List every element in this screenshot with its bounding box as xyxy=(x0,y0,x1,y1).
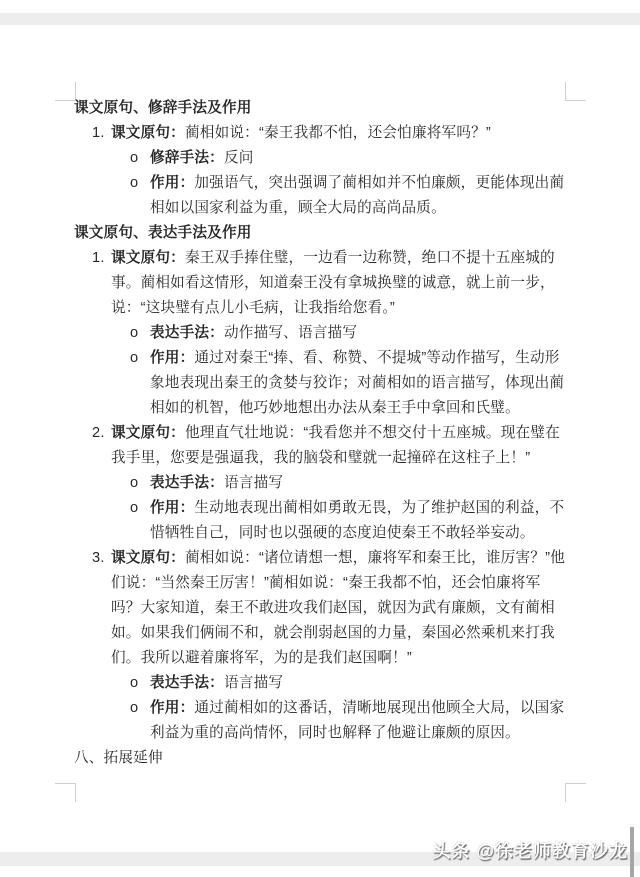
margin-mark-top-right xyxy=(565,82,586,101)
page-gap-top xyxy=(0,13,640,25)
section-heading: 课文原句、表达手法及作用 xyxy=(74,221,566,246)
document-page: 课文原句、修辞手法及作用 1. 课文原句：蔺相如说：“秦王我都不怕，还会怕廉将军… xyxy=(74,96,566,771)
sub-bullet: o xyxy=(130,346,150,421)
list-number: 3. xyxy=(92,546,111,746)
item-label: 课文原句： xyxy=(111,425,185,441)
item-label: 课文原句： xyxy=(111,250,185,266)
sub-item: o 作用：生动地表现出蔺相如勇敢无畏，为了维护赵国的利益，不惜牺牲自己，同时也以… xyxy=(130,496,566,546)
list-item: 2. 课文原句：他理直气壮地说：“我看您并不想交付十五座城。现在璧在我手里，您要… xyxy=(74,421,566,546)
sub-bullet: o xyxy=(130,496,150,546)
item-text: 蔺相如说：“秦王我都不怕，还会怕廉将军吗？” xyxy=(185,125,491,141)
sub-text: 通过对秦王“捧、看、称赞、不提城”等动作描写，生动形象地表现出秦王的贪婪与狡诈；… xyxy=(150,350,564,416)
margin-mark-bottom-left xyxy=(55,783,76,802)
sub-bullet: o xyxy=(130,471,150,496)
sub-item: o 表达手法：语言描写 xyxy=(130,471,566,496)
sub-bullet: o xyxy=(130,696,150,746)
margin-mark-bottom-right xyxy=(565,783,586,802)
sub-item: o 作用：通过对秦王“捧、看、称赞、不提城”等动作描写，生动形象地表现出秦王的贪… xyxy=(130,346,566,421)
sub-item: o 作用：通过蔺相如的这番话，清晰地展现出他顾全大局，以国家利益为重的高尚情怀，… xyxy=(130,696,566,746)
sub-item: o 表达手法：动作描写、语言描写 xyxy=(130,321,566,346)
item-text-line: 课文原句：秦王双手捧住璧，一边看一边称赞，绝口不提十五座城的事。蔺相如看这情形，… xyxy=(111,246,566,321)
sub-label: 作用： xyxy=(150,500,194,516)
item-text-line: 课文原句：蔺相如说：“诸位请想一想，廉将军和秦王比，谁厉害？”他们说：“当然秦王… xyxy=(111,546,566,671)
section-heading: 课文原句、修辞手法及作用 xyxy=(74,96,566,121)
list-number: 2. xyxy=(92,421,111,546)
sub-bullet: o xyxy=(130,171,150,221)
margin-mark-top-left xyxy=(55,82,76,101)
sub-text: 语言描写 xyxy=(224,475,283,491)
sub-text: 生动地表现出蔺相如勇敢无畏，为了维护赵国的利益，不惜牺牲自己，同时也以强硬的态度… xyxy=(150,500,564,541)
sub-item: o 修辞手法：反问 xyxy=(130,146,566,171)
vertical-scrollbar-thumb[interactable] xyxy=(630,827,634,877)
list-item: 1. 课文原句：秦王双手捧住璧，一边看一边称赞，绝口不提十五座城的事。蔺相如看这… xyxy=(74,246,566,421)
list-number: 1. xyxy=(92,246,111,421)
list-item: 3. 课文原句：蔺相如说：“诸位请想一想，廉将军和秦王比，谁厉害？”他们说：“当… xyxy=(74,546,566,746)
sub-item: o 表达手法：语言描写 xyxy=(130,671,566,696)
sub-label: 修辞手法： xyxy=(150,150,224,166)
item-text-line: 课文原句：他理直气壮地说：“我看您并不想交付十五座城。现在璧在我手里，您要是强逼… xyxy=(111,421,566,471)
sub-label: 表达手法： xyxy=(150,675,224,691)
sub-bullet: o xyxy=(130,321,150,346)
sub-bullet: o xyxy=(130,671,150,696)
sub-label: 作用： xyxy=(150,350,194,366)
sub-text: 加强语气，突出强调了蔺相如并不怕廉颇，更能体现出蔺相如以国家利益为重，顾全大局的… xyxy=(150,175,564,216)
sub-label: 作用： xyxy=(150,700,194,716)
sub-bullet: o xyxy=(130,146,150,171)
item-text-line: 课文原句：蔺相如说：“秦王我都不怕，还会怕廉将军吗？” xyxy=(111,121,566,146)
list-item: 1. 课文原句：蔺相如说：“秦王我都不怕，还会怕廉将军吗？” o 修辞手法：反问… xyxy=(74,121,566,221)
sub-label: 表达手法： xyxy=(150,325,224,341)
next-section-heading: 八、拓展延伸 xyxy=(74,746,566,771)
item-label: 课文原句： xyxy=(111,125,185,141)
sub-text: 动作描写、语言描写 xyxy=(224,325,357,341)
item-text: 蔺相如说：“诸位请想一想，廉将军和秦王比，谁厉害？”他们说：“当然秦王厉害！”蔺… xyxy=(111,550,565,666)
sub-label: 表达手法： xyxy=(150,475,224,491)
sub-item: o 作用：加强语气，突出强调了蔺相如并不怕廉颇，更能体现出蔺相如以国家利益为重，… xyxy=(130,171,566,221)
sub-label: 作用： xyxy=(150,175,194,191)
list-number: 1. xyxy=(92,121,111,221)
item-label: 课文原句： xyxy=(111,550,185,566)
sub-text: 反问 xyxy=(224,150,254,166)
sub-text: 语言描写 xyxy=(224,675,283,691)
sub-text: 通过蔺相如的这番话，清晰地展现出他顾全大局，以国家利益为重的高尚情怀，同时也解释… xyxy=(150,700,564,741)
toutiao-watermark: 头条 @徐老师教育沙龙 xyxy=(432,837,628,863)
